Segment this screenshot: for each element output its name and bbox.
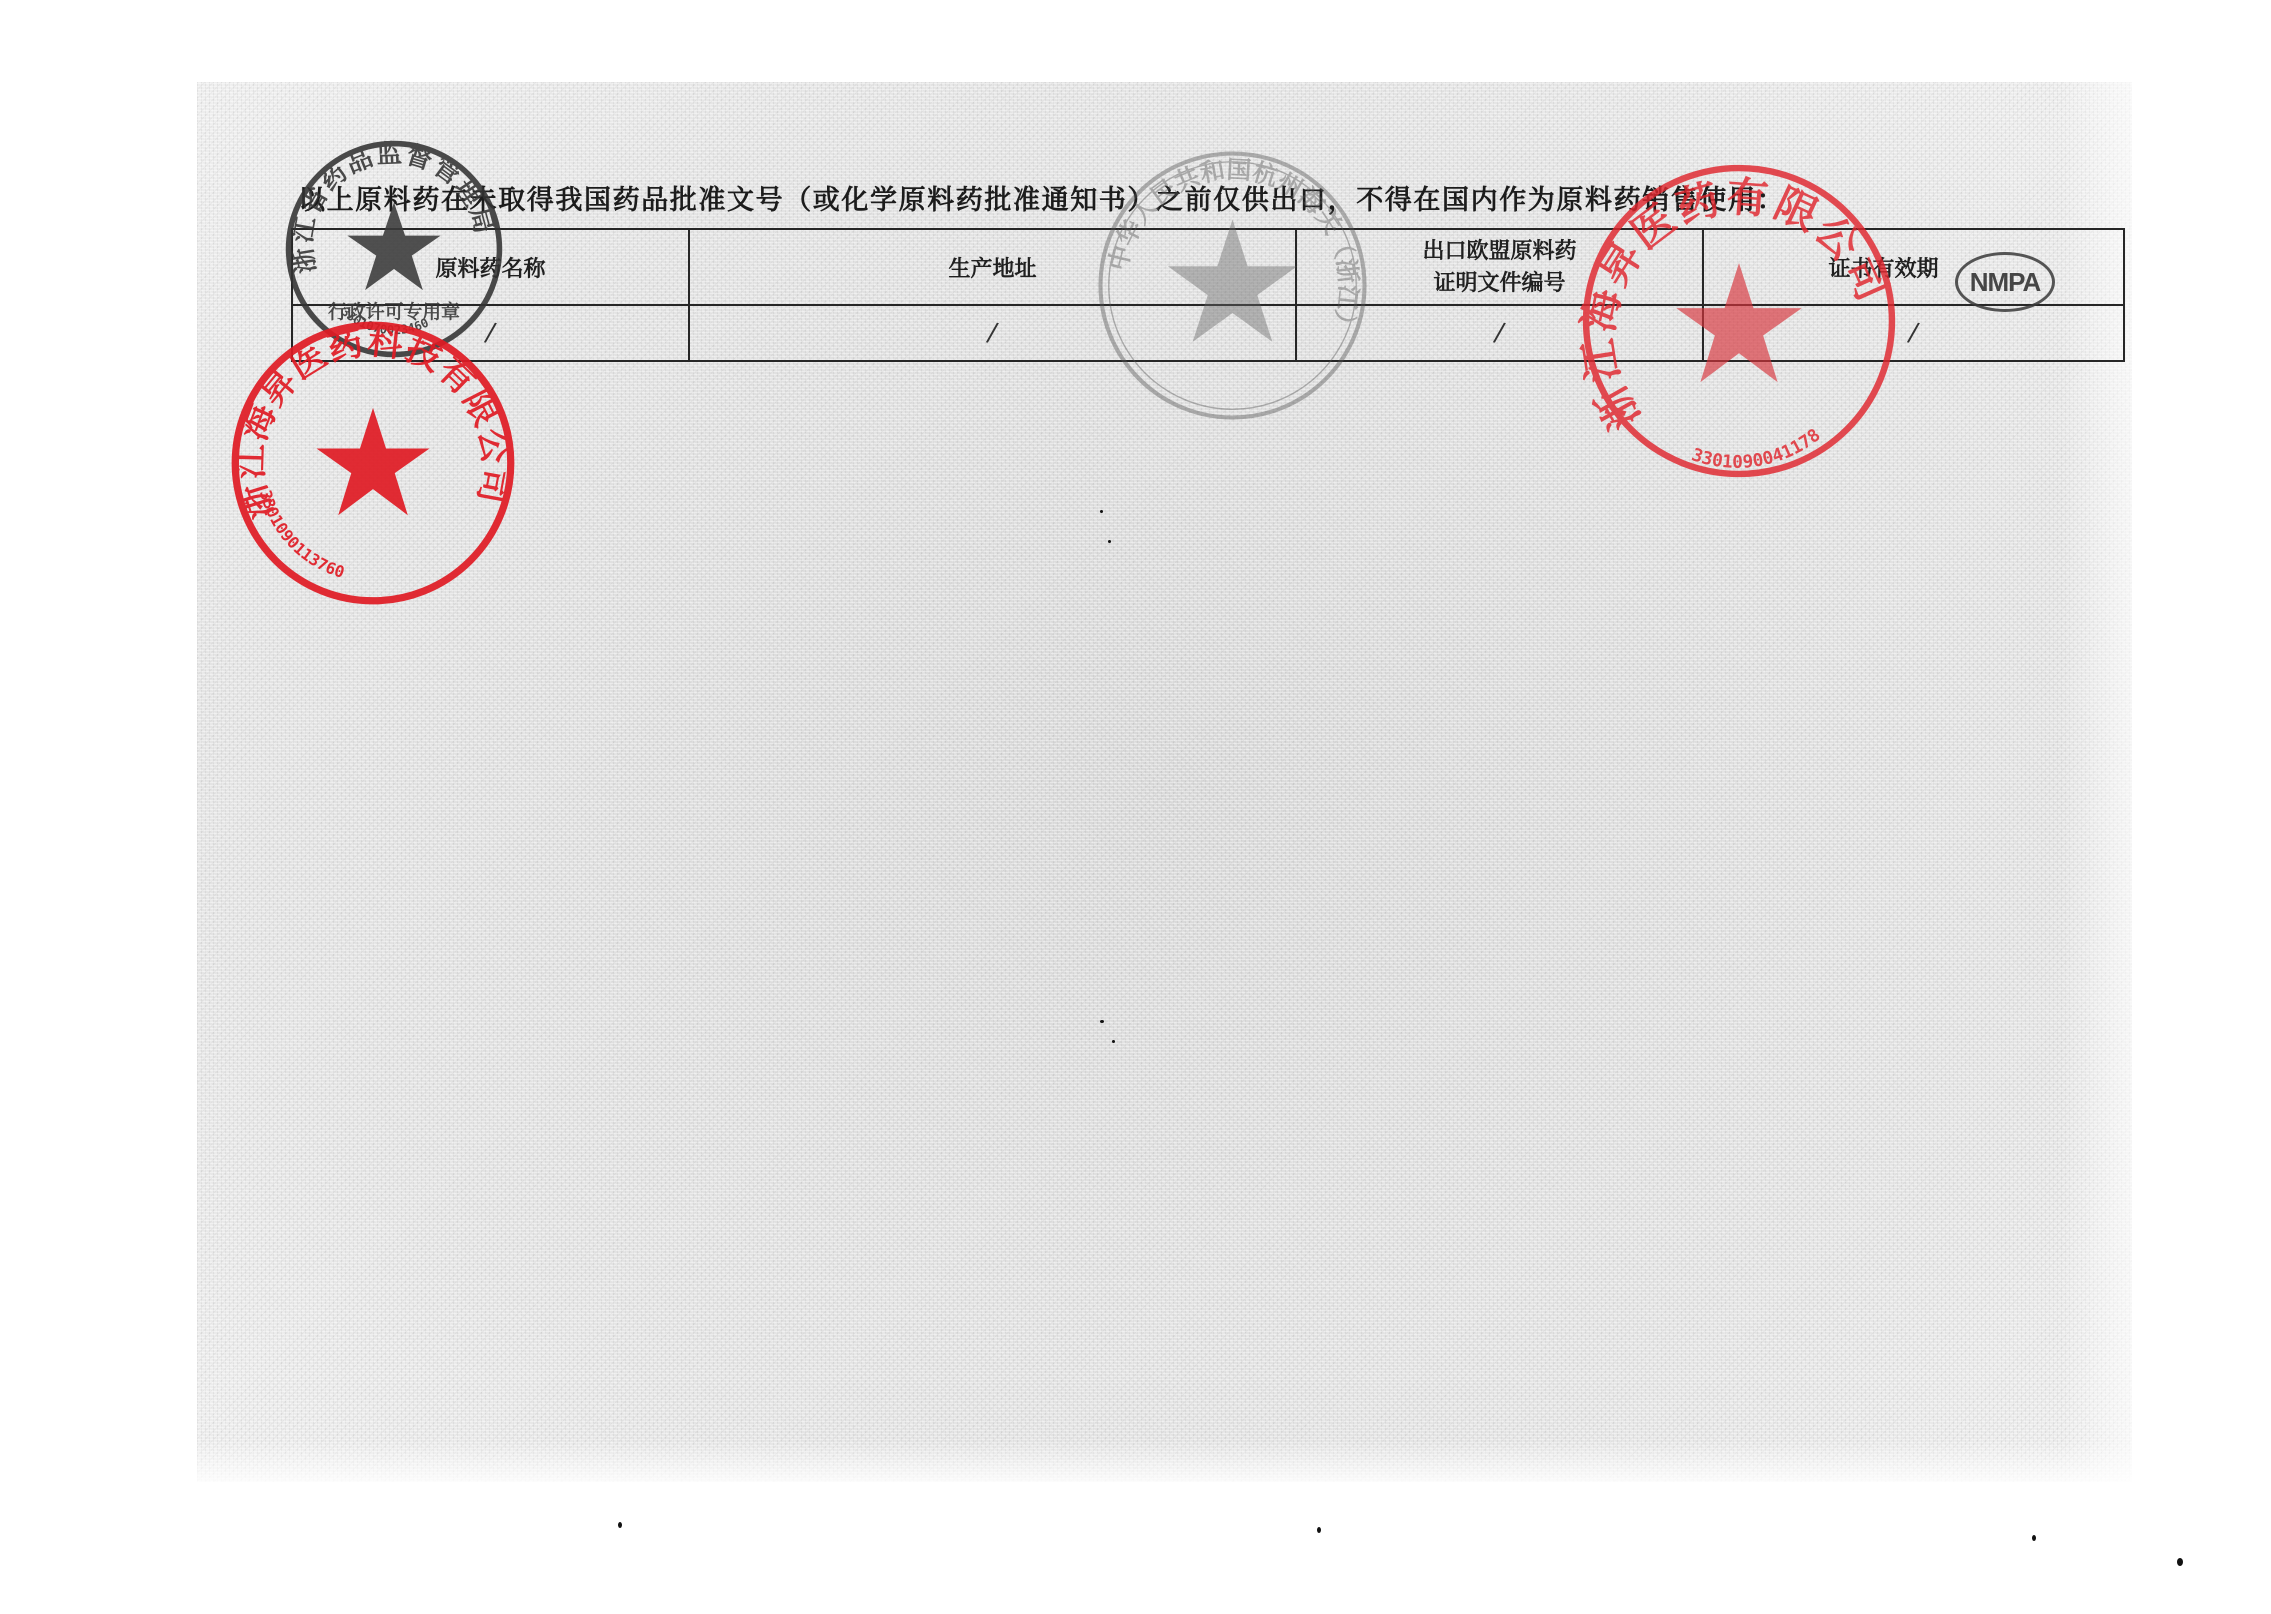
scan-speck [2177,1558,2183,1566]
scan-speck [2032,1535,2036,1541]
seal-graphic: 浙江海昇医药有限公司 3301090041178 [1578,160,1900,482]
scan-edge-fade-bottom [197,1440,2132,1490]
star-icon [1676,263,1802,382]
seal-graphic: 中华人民共和国杭州海关（浙江） [1095,148,1370,423]
star-icon [1168,220,1297,342]
cell-value: / [1492,317,1507,348]
scan-speck [618,1522,622,1528]
faint-official-seal: 中华人民共和国杭州海关（浙江） [1095,148,1370,423]
svg-text:3301090041178: 3301090041178 [1689,425,1825,472]
company-seal-right: 浙江海昇医药有限公司 3301090041178 [1578,160,1900,482]
cell-value: / [985,317,1000,348]
company-seal-left: 浙江海昇医药科技有限公司 3301090113760 [228,318,518,608]
scan-speck [1108,540,1111,543]
scan-speck [1317,1527,1321,1533]
nmpa-logo-mark: NMPA [1955,252,2055,312]
star-icon [316,408,429,515]
scan-speck [1100,1020,1104,1023]
scan-speck [1100,510,1103,513]
scan-speck [1112,1040,1115,1043]
star-icon [347,202,440,290]
cell-value: / [1906,317,1921,348]
intro-statement: 以上原料药在未取得我国药品批准文号（或化学原料药批准通知书）之前仅供出口，不得在… [298,178,1785,217]
svg-text:3301090113760: 3301090113760 [256,488,347,582]
header-production-address-label: 生产地址 [948,256,1036,282]
seal-graphic: 浙江海昇医药科技有限公司 3301090113760 [228,318,518,608]
